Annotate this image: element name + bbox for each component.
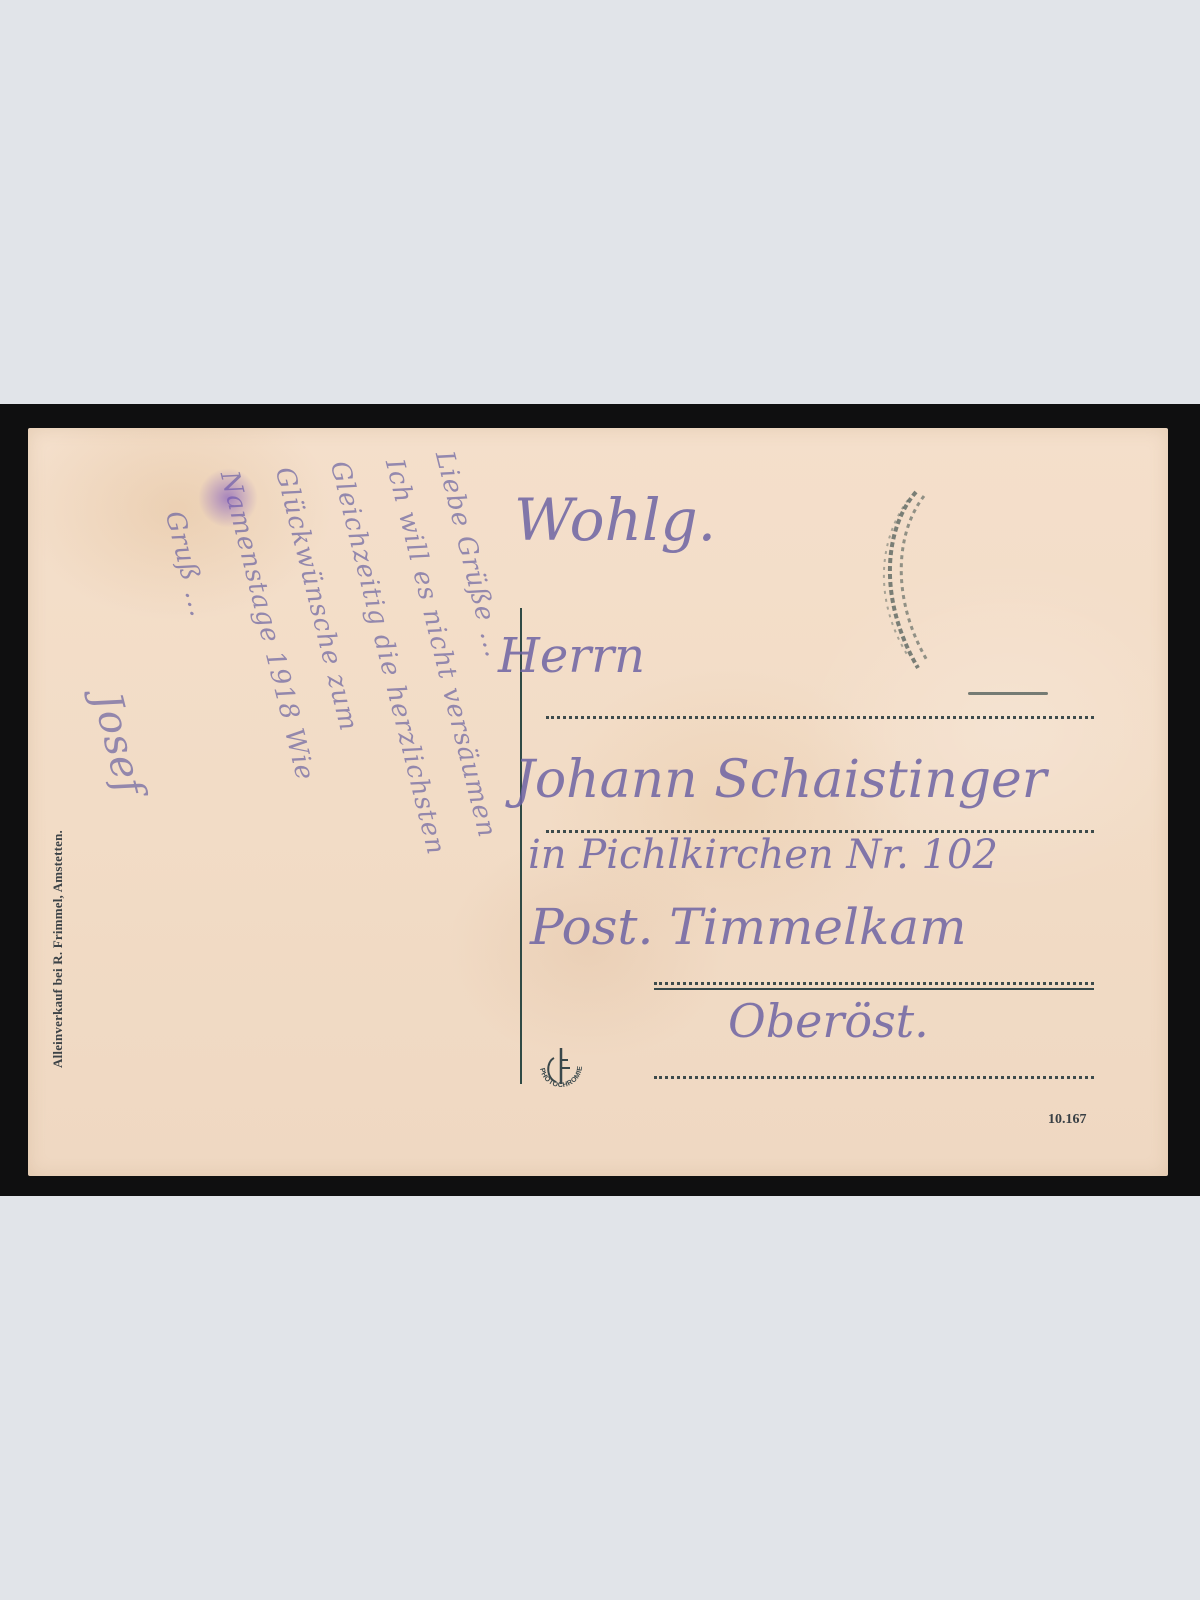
address-title: Herrn	[498, 628, 645, 684]
address-line-3	[654, 982, 1094, 985]
postmark-dash	[968, 692, 1048, 695]
address-line-4	[654, 1076, 1094, 1079]
address-region: Oberöst.	[728, 994, 929, 1048]
ink-smudge	[198, 468, 258, 528]
message-line: Gruß ...	[159, 508, 214, 620]
address-line-3-underline	[654, 988, 1094, 990]
publisher-monogram-icon: PHOTOCHROMIE	[532, 1040, 590, 1098]
card-number: 10.167	[1048, 1112, 1087, 1128]
address-post: Post. Timmelkam	[530, 898, 967, 956]
address-line-2	[546, 830, 1094, 833]
publisher-imprint: Alleinverkauf bei R. Frimmel, Amstetten.	[50, 830, 66, 1068]
postmark-icon	[866, 486, 956, 686]
address-street: in Pichlkirchen Nr. 102	[528, 832, 998, 878]
address-salutation: Wohlg.	[514, 486, 716, 554]
address-line-1	[546, 716, 1094, 719]
postcard-back: Alleinverkauf bei R. Frimmel, Amstetten.…	[28, 428, 1168, 1176]
address-name: Johann Schaistinger	[514, 750, 1047, 810]
message-signature: Josef	[83, 688, 153, 800]
